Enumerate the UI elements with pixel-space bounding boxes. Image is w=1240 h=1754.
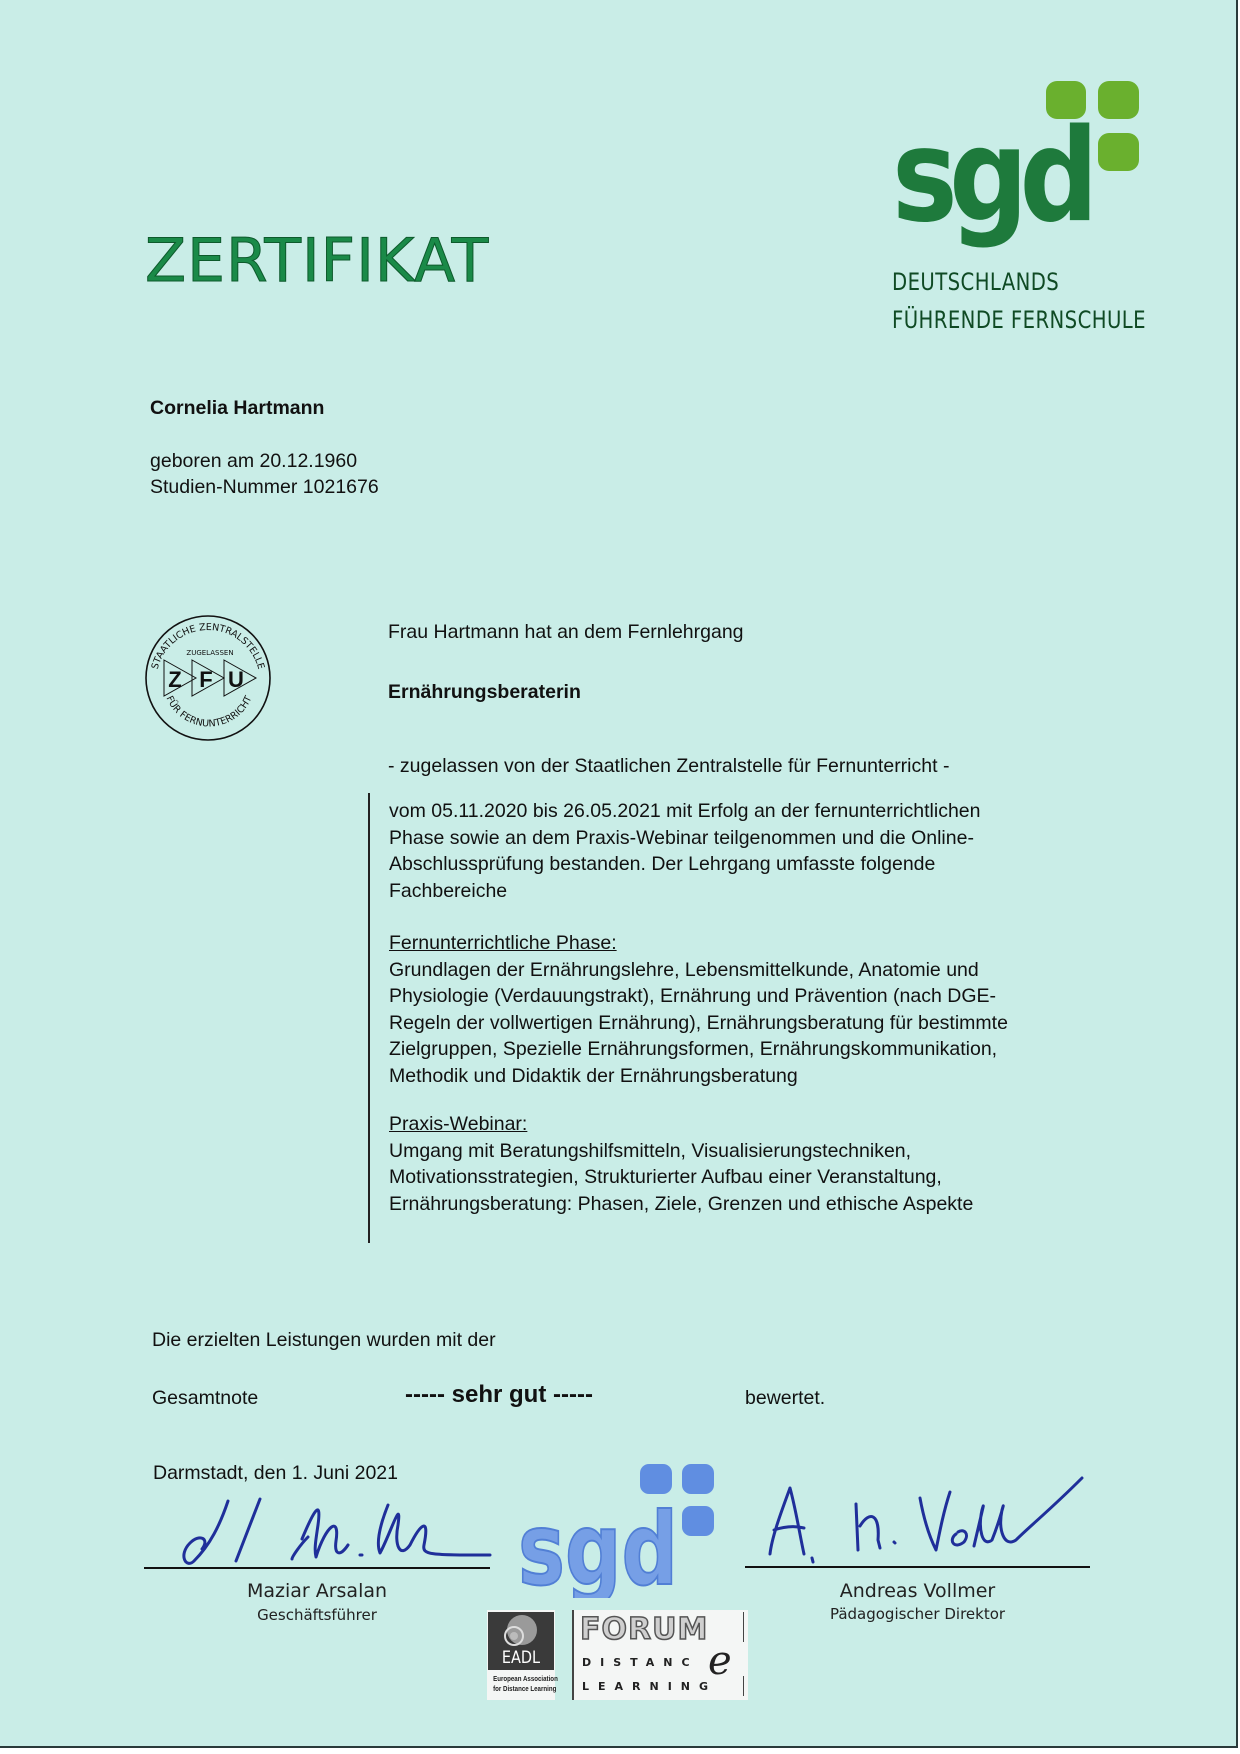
section-line: Ernährungsberatung: Phasen, Ziele, Grenz… bbox=[389, 1191, 973, 1218]
description-line: Fachbereiche bbox=[389, 878, 981, 905]
section-line: Umgang mit Beratungshilfsmitteln, Visual… bbox=[389, 1138, 973, 1165]
left-rule bbox=[368, 793, 370, 1243]
forum-distance-elearning-logo-icon: FORUM DISTANC e LEARNING bbox=[574, 1610, 748, 1700]
description-line: Abschlussprüfung bestanden. Der Lehrgang… bbox=[389, 851, 981, 878]
grade-value: ----- sehr gut ----- bbox=[405, 1381, 593, 1409]
sgd-stamp-icon: sgd bbox=[510, 1458, 730, 1598]
grade-intro: Die erzielten Leistungen wurden mit der bbox=[152, 1329, 496, 1352]
signature-vollmer-icon bbox=[760, 1470, 1090, 1565]
section-line: Zielgruppen, Spezielle Ernährungsformen,… bbox=[389, 1036, 1008, 1063]
certificate-page: ZERTIFIKAT sgd DEUTSCHLANDS FÜHRENDE FER… bbox=[0, 0, 1238, 1748]
svg-text:U: U bbox=[228, 667, 244, 692]
section-heading: Praxis-Webinar: bbox=[389, 1111, 973, 1138]
signatory-role: Geschäftsführer bbox=[144, 1606, 490, 1624]
forum-distance: DISTANC bbox=[582, 1656, 699, 1669]
signatory-name: Andreas Vollmer bbox=[745, 1580, 1090, 1602]
svg-text:ZUGELASSEN: ZUGELASSEN bbox=[186, 649, 233, 657]
forum-title: FORUM bbox=[580, 1612, 708, 1647]
eadl-badge: EADL European Association for Distance L… bbox=[487, 1610, 555, 1700]
zfu-seal-icon: STAATLICHE ZENTRALSTELLE FÜR FERNUNTERRI… bbox=[142, 612, 274, 744]
logo-tagline-1: DEUTSCHLANDS bbox=[892, 268, 1059, 296]
eadl-caption-1: European Association bbox=[493, 1674, 549, 1683]
signature-vollmer bbox=[760, 1470, 1090, 1565]
signature-line-right bbox=[745, 1566, 1090, 1568]
forum-learning: LEARNING bbox=[582, 1680, 717, 1693]
sgd-logo: sgd DEUTSCHLANDS FÜHRENDE FERNSCHULE bbox=[880, 70, 1160, 340]
signatory-name: Maziar Arsalan bbox=[144, 1580, 490, 1602]
recipient-birthdate: geboren am 20.12.1960 bbox=[150, 450, 357, 473]
section-line: Grundlagen der Ernährungslehre, Lebensmi… bbox=[389, 957, 1008, 984]
section-line: Physiologie (Verdauungstrakt), Ernährung… bbox=[389, 983, 1008, 1010]
signature-arsalan-icon bbox=[180, 1485, 500, 1565]
sgd-stamp: sgd bbox=[510, 1458, 730, 1598]
course-name: Ernährungsberaterin bbox=[388, 681, 581, 704]
recipient-student-number: Studien-Nummer 1021676 bbox=[150, 476, 379, 499]
forum-badge: FORUM DISTANC e LEARNING bbox=[572, 1610, 748, 1700]
section-line: Methodik und Didaktik der Ernährungsbera… bbox=[389, 1063, 1008, 1090]
svg-text:Z: Z bbox=[168, 667, 181, 692]
sgd-logo-icon: sgd bbox=[880, 70, 1160, 250]
forum-e: e bbox=[708, 1638, 732, 1684]
signature-line-left bbox=[144, 1567, 490, 1569]
svg-text:F: F bbox=[199, 667, 212, 692]
section-line: Regeln der vollwertigen Ernährung), Ernä… bbox=[389, 1010, 1008, 1037]
description-line: vom 05.11.2020 bis 26.05.2021 mit Erfolg… bbox=[389, 798, 981, 825]
zfu-seal: STAATLICHE ZENTRALSTELLE FÜR FERNUNTERRI… bbox=[142, 612, 274, 744]
section-webinar: Praxis-Webinar: Umgang mit Beratungshilf… bbox=[389, 1111, 973, 1217]
svg-text:sgd: sgd bbox=[892, 102, 1090, 250]
certificate-title: ZERTIFIKAT bbox=[145, 226, 489, 296]
eadl-caption-2: for Distance Learning bbox=[493, 1684, 549, 1693]
forum-divider bbox=[743, 1676, 744, 1696]
grade-suffix: bewertet. bbox=[745, 1387, 825, 1410]
grade-label: Gesamtnote bbox=[152, 1387, 258, 1410]
course-intro: Frau Hartmann hat an dem Fernlehrgang bbox=[388, 621, 744, 644]
course-approval: - zugelassen von der Staatlichen Zentral… bbox=[388, 755, 949, 778]
section-distance-phase: Fernunterrichtliche Phase: Grundlagen de… bbox=[389, 930, 1008, 1089]
section-line: Motivationsstrategien, Strukturierter Au… bbox=[389, 1164, 973, 1191]
svg-text:FÜR FERNUNTERRICHT: FÜR FERNUNTERRICHT bbox=[164, 694, 255, 729]
svg-text:sgd: sgd bbox=[518, 1491, 678, 1598]
recipient-name: Cornelia Hartmann bbox=[150, 397, 324, 420]
forum-divider bbox=[743, 1612, 744, 1642]
course-description: vom 05.11.2020 bis 26.05.2021 mit Erfolg… bbox=[389, 798, 981, 904]
place-date: Darmstadt, den 1. Juni 2021 bbox=[153, 1462, 398, 1485]
section-heading: Fernunterrichtliche Phase: bbox=[389, 930, 1008, 957]
signature-arsalan bbox=[180, 1485, 500, 1565]
svg-text:STAATLICHE ZENTRALSTELLE: STAATLICHE ZENTRALSTELLE bbox=[150, 622, 267, 671]
eadl-logo-icon: EADL bbox=[488, 1612, 554, 1670]
logo-tagline-2: FÜHRENDE FERNSCHULE bbox=[892, 306, 1146, 334]
signatory-role: Pädagogischer Direktor bbox=[745, 1605, 1090, 1623]
description-line: Phase sowie an dem Praxis-Webinar teilge… bbox=[389, 825, 981, 852]
eadl-title: EADL bbox=[493, 1648, 549, 1668]
